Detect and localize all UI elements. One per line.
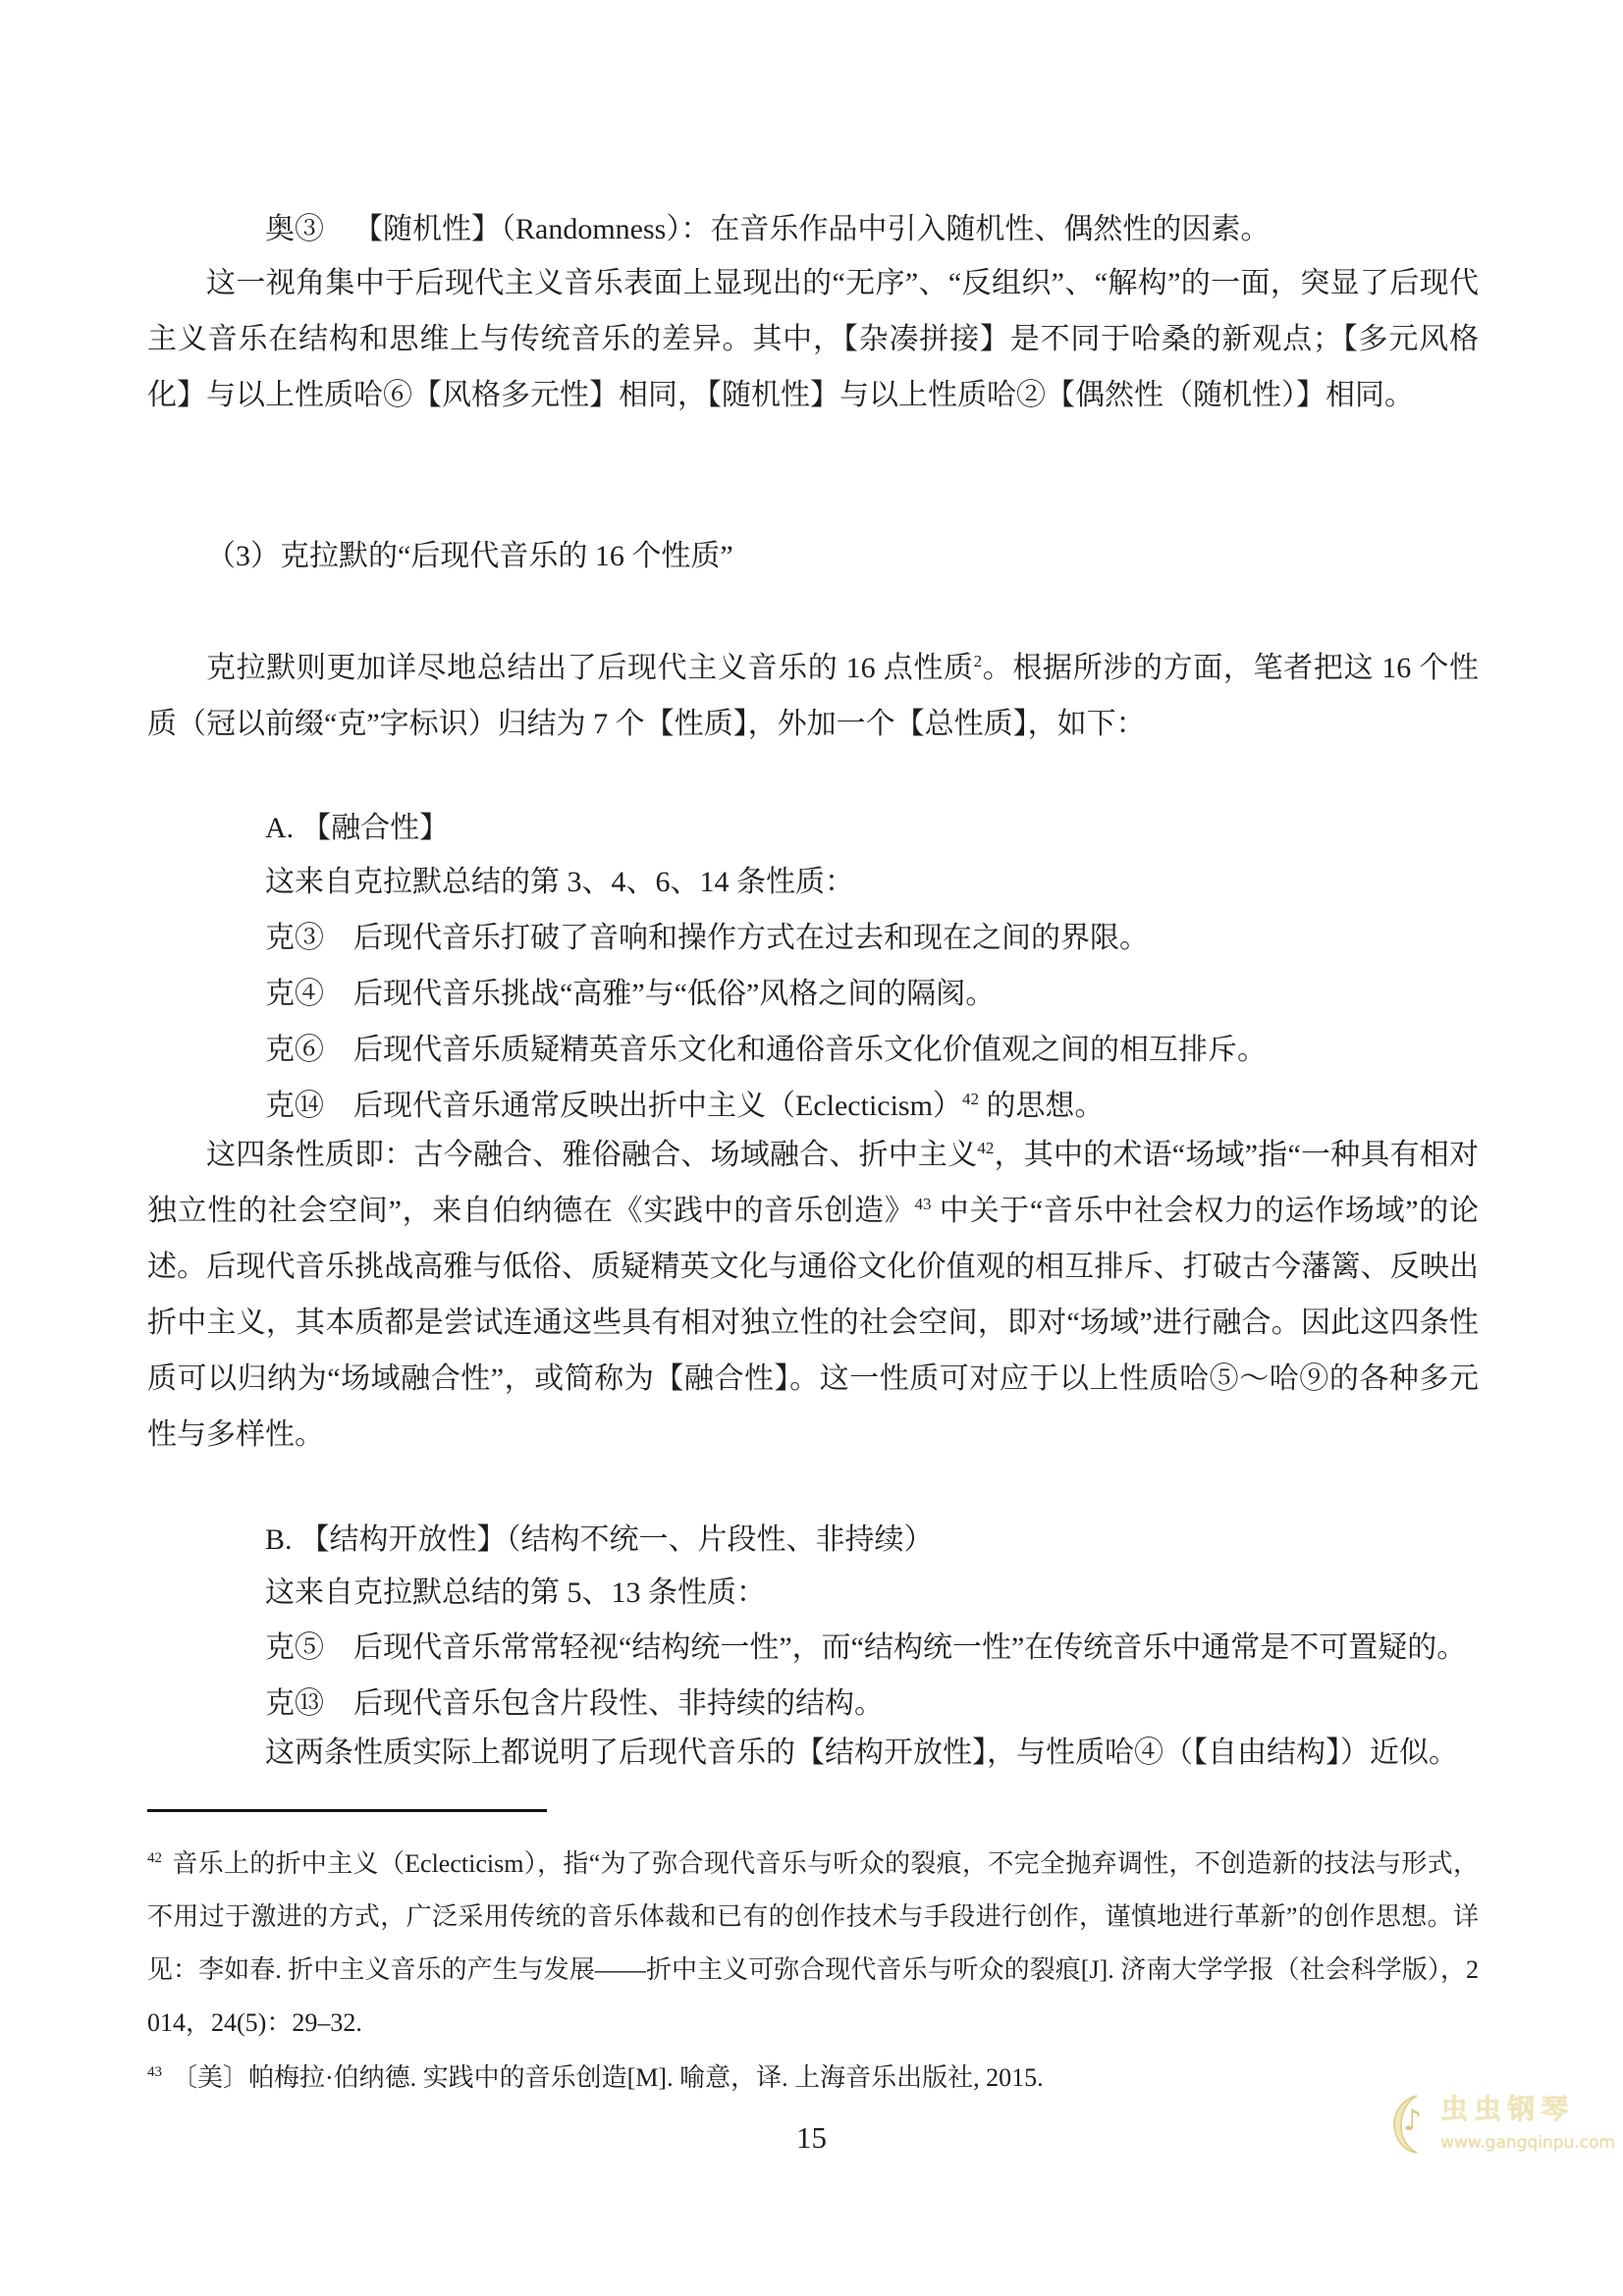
footnote-ref-42b: 42 xyxy=(977,1139,994,1157)
item-label-ao3: 奥③ xyxy=(206,201,324,257)
list-item-k14: 克⑭后现代音乐通常反映出折中主义（Eclecticism）42 的思想。 xyxy=(265,1078,1479,1134)
list-item-k4: 克④后现代音乐挑战“高雅”与“低俗”风格之间的隔阂。 xyxy=(265,966,1479,1022)
item-text-k4: 后现代音乐挑战“高雅”与“低俗”风格之间的隔阂。 xyxy=(353,978,995,1010)
svg-text:♪: ♪ xyxy=(1403,2104,1422,2138)
paragraph-perspective: 这一视角集中于后现代主义音乐表面上显现出的“无序”、“反组织”、“解构”的一面，… xyxy=(147,255,1479,423)
footnote-ref-43: 43 xyxy=(915,1195,932,1213)
item-text-k13: 后现代音乐包含片段性、非持续的结构。 xyxy=(353,1687,884,1720)
section-b-summary: 这两条性质实际上都说明了后现代音乐的【结构开放性】，与性质哈④（【自由结构】）近… xyxy=(147,1725,1479,1781)
document-page: 奥③【随机性】（Randomness）：在音乐作品中引入随机性、偶然性的因素。 … xyxy=(0,0,1623,2296)
section-b-heading: B.【结构开放性】（结构不统一、片段性、非持续） xyxy=(147,1512,1479,1568)
kramer-intro-part1: 克拉默则更加详尽地总结出了后现代主义音乐的 16 点性质 xyxy=(206,652,974,684)
fusion-part1: 这四条性质即：古今融合、雅俗融合、场域融合、折中主义 xyxy=(206,1139,977,1171)
item-label-k14: 克⑭ xyxy=(265,1078,324,1134)
item-text-k3: 后现代音乐打破了音响和操作方式在过去和现在之间的界限。 xyxy=(353,922,1149,954)
list-item-k3: 克③后现代音乐打破了音响和操作方式在过去和现在之间的界限。 xyxy=(265,910,1479,966)
watermark: ♪ 虫虫钢琴 www.gangqinpu.com xyxy=(1383,2093,1615,2158)
footnote-42-number: 42 xyxy=(147,1850,162,1866)
section-a-items: 克③后现代音乐打破了音响和操作方式在过去和现在之间的界限。 克④后现代音乐挑战“… xyxy=(147,910,1479,1134)
watermark-text: 虫虫钢琴 www.gangqinpu.com xyxy=(1440,2093,1615,2154)
footnote-separator xyxy=(147,1809,547,1812)
page-number: 15 xyxy=(0,2118,1623,2158)
section-b-label: B. xyxy=(206,1512,293,1568)
item-text-k14-part2: 的思想。 xyxy=(979,1090,1105,1122)
footnote-43-number: 43 xyxy=(147,2064,162,2080)
section-a-intro: 这来自克拉默总结的第 3、4、6、14 条性质： xyxy=(147,854,1479,910)
section-b-intro: 这来自克拉默总结的第 5、13 条性质： xyxy=(147,1565,1479,1621)
item-text-k14-part1: 后现代音乐通常反映出折中主义（Eclecticism） xyxy=(353,1090,962,1122)
paragraph-fusion-summary: 这四条性质即：古今融合、雅俗融合、场域融合、折中主义42，其中的术语“场域”指“… xyxy=(147,1127,1479,1463)
watermark-site-name: 虫虫钢琴 xyxy=(1440,2093,1574,2126)
item-label-k13: 克⑬ xyxy=(265,1676,324,1732)
footnote-42-text: 音乐上的折中主义（Eclecticism），指“为了弥合现代音乐与听众的裂痕，不… xyxy=(147,1849,1479,2037)
section-a-title: 【融合性】 xyxy=(301,812,449,844)
paragraph-ao-item: 奥③【随机性】（Randomness）：在音乐作品中引入随机性、偶然性的因素。 xyxy=(147,201,1479,257)
list-item-k5: 克⑤后现代音乐常常轻视“结构统一性”，而“结构统一性”在传统音乐中通常是不可置疑… xyxy=(265,1620,1479,1676)
watermark-site-url: www.gangqinpu.com xyxy=(1440,2132,1615,2154)
footnote-43: 43〔美〕帕梅拉·伯纳德. 实践中的音乐创造[M]. 喻意，译. 上海音乐出版社… xyxy=(147,2052,1479,2105)
item-label-k6: 克⑥ xyxy=(265,1022,324,1078)
footnote-ref-42: 42 xyxy=(962,1090,979,1108)
list-item-k6: 克⑥后现代音乐质疑精英音乐文化和通俗音乐文化价值观之间的相互排斥。 xyxy=(265,1022,1479,1078)
footnote-42: 42音乐上的折中主义（Eclecticism），指“为了弥合现代音乐与听众的裂痕… xyxy=(147,1838,1479,2050)
item-label-k5: 克⑤ xyxy=(265,1620,324,1676)
item-label-k4: 克④ xyxy=(265,966,324,1022)
footnote-ref-2: 2 xyxy=(974,652,983,670)
paragraph-kramer-intro: 克拉默则更加详尽地总结出了后现代主义音乐的 16 点性质2。根据所涉的方面，笔者… xyxy=(147,640,1479,752)
section-a-heading: A.【融合性】 xyxy=(147,800,1479,856)
footnote-43-text: 〔美〕帕梅拉·伯纳德. 实践中的音乐创造[M]. 喻意，译. 上海音乐出版社, … xyxy=(172,2063,1044,2092)
item-label-k3: 克③ xyxy=(265,910,324,966)
section-b-items: 克⑤后现代音乐常常轻视“结构统一性”，而“结构统一性”在传统音乐中通常是不可置疑… xyxy=(147,1620,1479,1732)
treble-clef-crescent-icon: ♪ xyxy=(1383,2093,1431,2158)
section-heading-3: （3）克拉默的“后现代音乐的 16 个性质” xyxy=(147,528,1479,584)
item-text-k5: 后现代音乐常常轻视“结构统一性”，而“结构统一性”在传统音乐中通常是不可置疑的。 xyxy=(353,1631,1466,1664)
item-text-ao3: 【随机性】（Randomness）：在音乐作品中引入随机性、偶然性的因素。 xyxy=(353,213,1270,245)
section-a-label: A. xyxy=(206,800,294,856)
item-text-k6: 后现代音乐质疑精英音乐文化和通俗音乐文化价值观之间的相互排斥。 xyxy=(353,1034,1267,1066)
list-item-k13: 克⑬后现代音乐包含片段性、非持续的结构。 xyxy=(265,1676,1479,1732)
section-b-title: 【结构开放性】（结构不统一、片段性、非持续） xyxy=(300,1523,934,1556)
fusion-part3: 中关于“音乐中社会权力的运作场域”的论述。后现代音乐挑战高雅与低俗、质疑精英文化… xyxy=(147,1195,1479,1451)
